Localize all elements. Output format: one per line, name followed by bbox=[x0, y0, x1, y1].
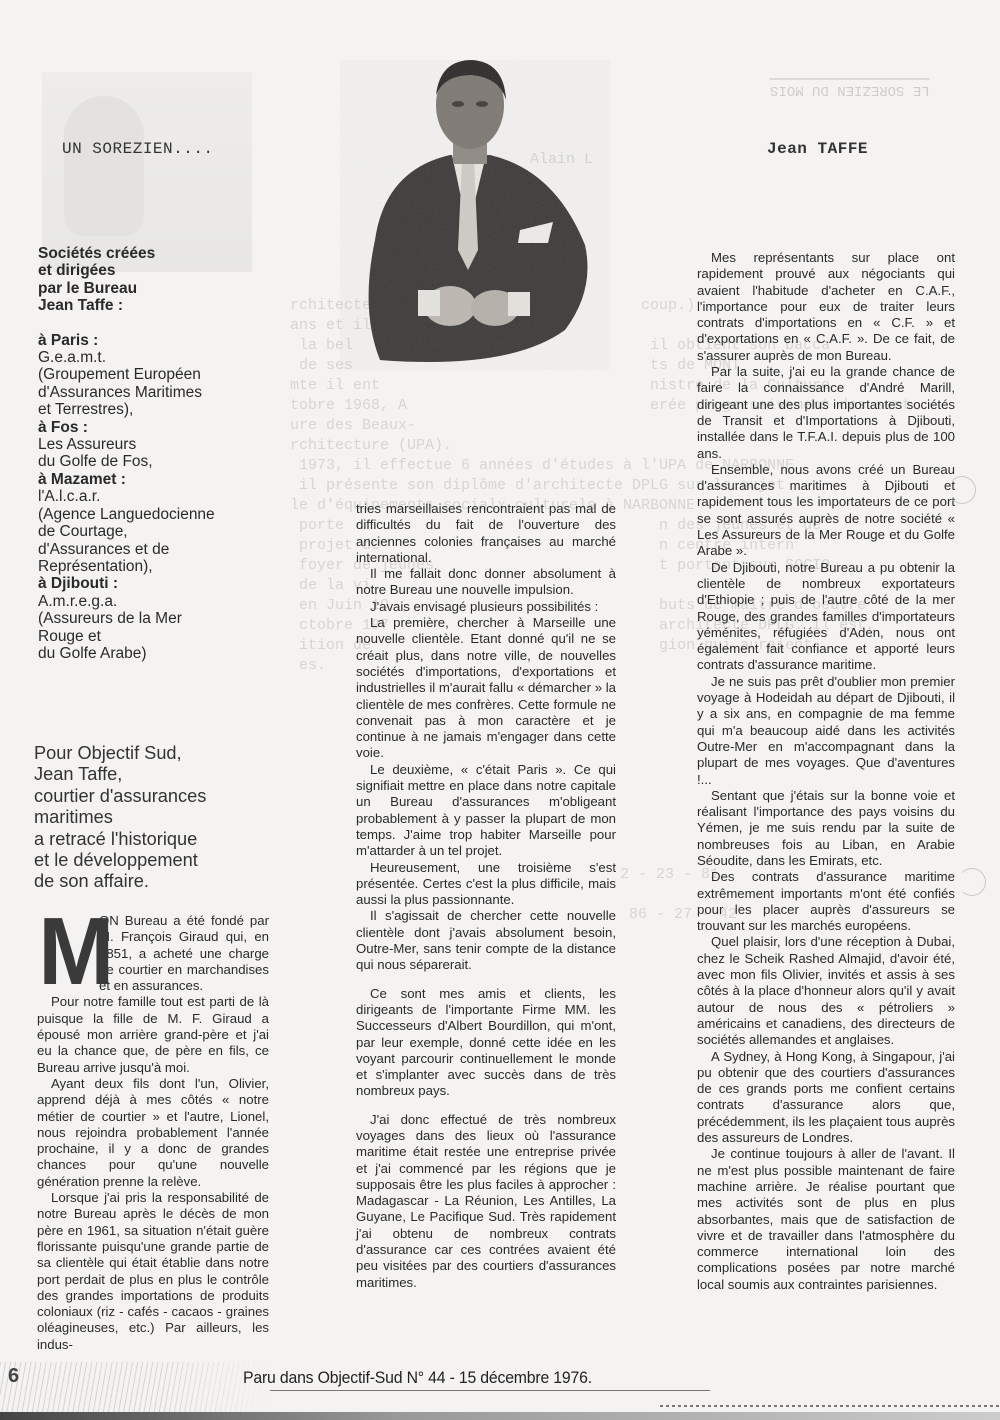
paragraph: Par la suite, j'ai eu la grande chance d… bbox=[697, 364, 955, 462]
punch-hole-mark bbox=[948, 476, 976, 504]
bleed-through-photo bbox=[42, 72, 252, 272]
paragraph: Je continue toujours à aller de l'avant.… bbox=[697, 1146, 955, 1293]
paragraph: Il s'agissait de chercher cette nouvelle… bbox=[356, 908, 616, 973]
page-number: 6 bbox=[8, 1365, 19, 1388]
kicker-heading: UN SOREZIEN.... bbox=[62, 140, 214, 158]
company-entry-djibouti: à Djibouti : A.m.r.e.g.a. (Assureurs de … bbox=[38, 575, 258, 662]
paragraph: A Sydney, à Hong Kong, à Singapour, j'ai… bbox=[697, 1049, 955, 1147]
article-column-3: Mes représentants sur place ont rapideme… bbox=[697, 250, 955, 1293]
scan-artifact bbox=[0, 1362, 270, 1412]
company-entry-fos: à Fos : Les Assureurs du Golfe de Fos, bbox=[38, 419, 258, 471]
paragraph: Pour notre famille tout est parti de là … bbox=[37, 994, 269, 1075]
paragraph: Heureusement, une troisième s'est présen… bbox=[356, 860, 616, 909]
paragraph: J'ai donc effectué de très nombreux voya… bbox=[356, 1112, 616, 1291]
bleed-through-header: LE SOREZIEN DU MOIS bbox=[770, 78, 930, 98]
paragraph: Mes représentants sur place ont rapideme… bbox=[697, 250, 955, 364]
paragraph: Ensemble, nous avons créé un Bureau d'as… bbox=[697, 462, 955, 560]
article-column-2: tries marseillaises rencontraient pas ma… bbox=[356, 501, 616, 1291]
paragraph: Je ne suis pas prêt d'oublier mon premie… bbox=[697, 674, 955, 788]
portrait-photo bbox=[340, 60, 610, 370]
paragraph: De Djibouti, notre Bureau a pu obtenir l… bbox=[697, 560, 955, 674]
paragraph: Le deuxième, « c'était Paris ». Ce qui s… bbox=[356, 762, 616, 860]
companies-list: Sociétés créées et dirigées par le Burea… bbox=[38, 245, 258, 662]
company-entry-mazamet: à Mazamet : l'A.l.c.a.r. (Agence Langued… bbox=[38, 471, 258, 575]
paragraph: Il me fallait donc donner absolument à n… bbox=[356, 566, 616, 599]
scan-artifact bbox=[660, 1405, 1000, 1407]
paragraph: Des contrats d'assurance maritime extrêm… bbox=[697, 869, 955, 934]
drop-cap: M bbox=[38, 916, 87, 990]
subject-name-heading: Jean TAFFE bbox=[767, 140, 868, 158]
paragraph: Ayant deux fils dont l'un, Olivier, appr… bbox=[37, 1076, 269, 1190]
source-credit: Paru dans Objectif-Sud N° 44 - 15 décemb… bbox=[243, 1368, 592, 1388]
paragraph: Quel plaisir, lors d'une réception à Dub… bbox=[697, 934, 955, 1048]
paragraph: Sentant que j'étais sur la bonne voie et… bbox=[697, 788, 955, 869]
article-column-1: M ON Bureau a été fondé par M. François … bbox=[37, 913, 269, 1353]
paragraph: J'avais envisagé plusieurs possibilités … bbox=[356, 599, 616, 615]
footer-rule bbox=[270, 1390, 710, 1391]
punch-hole-mark bbox=[958, 868, 986, 896]
paragraph: La première, chercher à Marseille une no… bbox=[356, 615, 616, 762]
companies-title: Sociétés créées et dirigées par le Burea… bbox=[38, 245, 258, 315]
article-lede: Pour Objectif Sud, Jean Taffe, courtier … bbox=[34, 743, 274, 893]
page-edge bbox=[0, 1412, 1000, 1420]
company-entry-paris: à Paris : G.e.a.m.t. (Groupement Europée… bbox=[38, 332, 258, 419]
paragraph: Lorsque j'ai pris la responsabilité de n… bbox=[37, 1190, 269, 1353]
paragraph: tries marseillaises rencontraient pas ma… bbox=[356, 501, 616, 566]
paragraph: Ce sont mes amis et clients, les dirigea… bbox=[356, 986, 616, 1100]
